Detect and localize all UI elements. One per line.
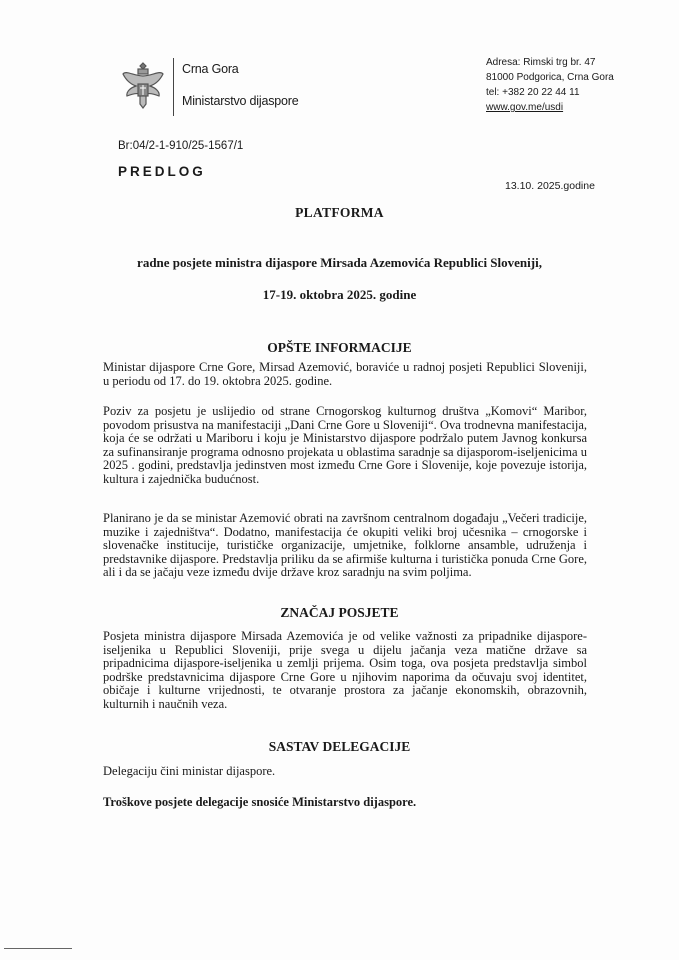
document-dates: 17-19. oktobra 2025. godine: [0, 287, 679, 303]
header-divider: [173, 58, 174, 116]
paragraph: Ministar dijaspore Crne Gore, Mirsad Aze…: [103, 361, 587, 388]
section-heading-delegation: SASTAV DELEGACIJE: [0, 739, 679, 755]
paragraph: Posjeta ministra dijaspore Mirsada Azemo…: [103, 630, 587, 712]
reference-number: Br:04/2-1-910/25-1567/1: [118, 140, 243, 152]
website-link[interactable]: www.gov.me/usdi: [486, 100, 614, 115]
document-page: Crna Gora Ministarstvo dijaspore Adresa:…: [0, 0, 679, 960]
footnote-divider: [4, 948, 72, 949]
section-heading-significance: ZNAČAJ POSJETE: [0, 605, 679, 621]
document-title: PLATFORMA: [0, 205, 679, 221]
address-block: Adresa: Rimski trg br. 47 81000 Podgoric…: [486, 55, 614, 115]
document-label: PREDLOG: [118, 164, 206, 179]
document-subtitle: radne posjete ministra dijaspore Mirsada…: [0, 255, 679, 271]
coat-of-arms-icon: [120, 60, 166, 112]
section-heading-general: OPŠTE INFORMACIJE: [0, 340, 679, 356]
delegation-composition: Delegaciju čini ministar dijaspore.: [103, 765, 587, 779]
document-date: 13.10. 2025.godine: [505, 180, 595, 192]
address-line: Adresa: Rimski trg br. 47: [486, 55, 614, 70]
ministry-name: Ministarstvo dijaspore: [182, 94, 298, 108]
paragraph: Poziv za posjetu je uslijedio od strane …: [103, 405, 587, 487]
phone-line: tel: +382 20 22 44 11: [486, 85, 614, 100]
delegation-costs: Troškove posjete delegacije snosiće Mini…: [103, 796, 587, 810]
address-line: 81000 Podgorica, Crna Gora: [486, 70, 614, 85]
country-name: Crna Gora: [182, 62, 239, 76]
paragraph: Planirano je da se ministar Azemović obr…: [103, 512, 587, 580]
